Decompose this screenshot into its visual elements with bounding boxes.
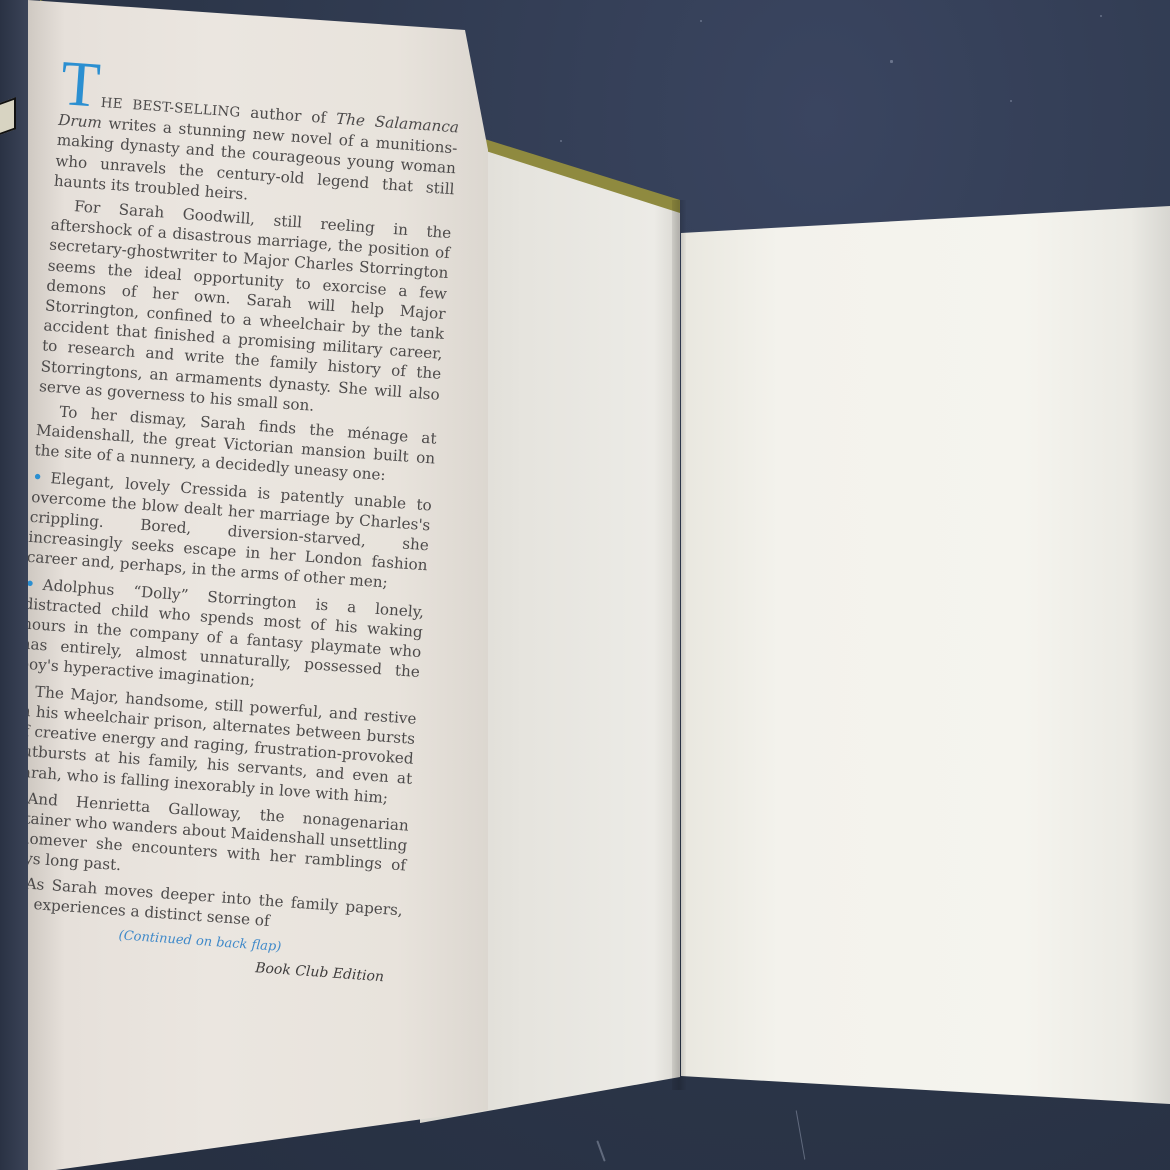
dust-speck xyxy=(1100,15,1102,17)
dust-speck xyxy=(700,20,702,22)
blurb-paragraph-2: For Sarah Goodwill, still reeling in the… xyxy=(39,195,452,425)
photo-scene: T HE BEST-SELLING author of The Salamanc… xyxy=(0,0,1170,1170)
character-bullet-dolly: •Adolphus “Dolly” Storrington is a lonel… xyxy=(19,573,425,702)
character-bullet-major: •The Major, handsome, still powerful, an… xyxy=(11,680,417,809)
dust-jacket-flap: T HE BEST-SELLING author of The Salamanc… xyxy=(28,0,488,1170)
dust-speck xyxy=(1010,100,1012,102)
character-bullet-cressida: •Elegant, lovely Cressida is patently un… xyxy=(26,467,432,596)
bullet-text: Adolphus “Dolly” Storrington is a lonely… xyxy=(19,576,425,690)
background-edge xyxy=(0,0,28,1170)
dust-speck xyxy=(890,60,893,63)
flap-blurb: T HE BEST-SELLING author of The Salamanc… xyxy=(0,55,462,989)
drop-cap: T xyxy=(59,55,102,112)
dust-speck xyxy=(560,140,562,142)
bullet-text: Elegant, lovely Cressida is patently una… xyxy=(26,469,432,592)
book-gutter xyxy=(672,200,686,1090)
right-endpaper-page xyxy=(681,0,1170,1170)
scratch-mark xyxy=(796,1110,806,1159)
background-object xyxy=(0,97,16,135)
scratch-mark xyxy=(596,1140,605,1161)
bullet-text: The Major, handsome, still powerful, and… xyxy=(11,682,417,806)
bullet-dot-icon: • xyxy=(32,468,43,487)
